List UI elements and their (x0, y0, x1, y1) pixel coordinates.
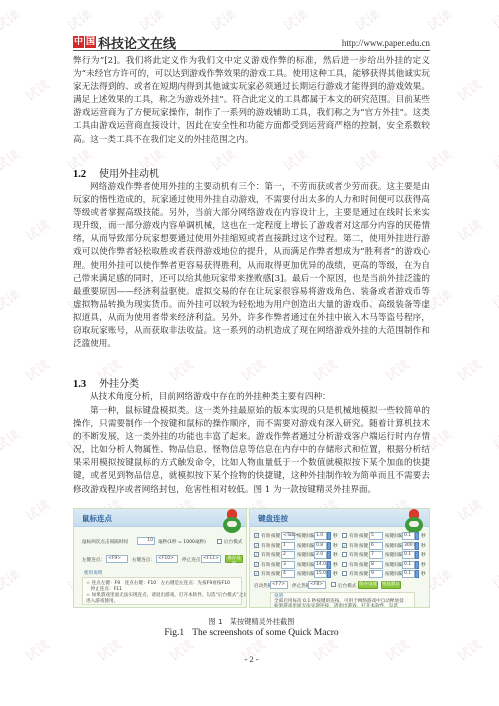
mouse-clicker-panel: 鼠标连点 鼠标两次点击间隔时间 10 毫秒(1秒 = 1000毫秒) 后台模式 … (73, 508, 247, 608)
interval-spinner[interactable] (327, 542, 331, 550)
enabled-label: 有效 (349, 562, 358, 568)
seconds-unit: 秒 (421, 571, 426, 577)
enabled-label: 有效 (261, 543, 270, 549)
interval-label: 按键间隔 (297, 552, 315, 558)
right-click-label: 右键连点： (132, 557, 155, 563)
key-enabled-checkbox[interactable]: ✓ (254, 533, 259, 538)
figure-caption-text: The screenshots of some Quick Macro (192, 628, 338, 638)
key-enabled-checkbox[interactable] (342, 533, 347, 538)
key-input[interactable]: 3 (281, 561, 295, 569)
seconds-unit: 秒 (333, 552, 338, 558)
logo-box-zhong: 中 (73, 36, 84, 48)
enabled-label: 有效 (349, 543, 358, 549)
watermark-text: 试读 (453, 74, 485, 104)
stop-click-hotkey-input[interactable]: <F11> (201, 555, 221, 563)
interval-label: 按键间隔 (385, 571, 403, 577)
interval-spinner[interactable] (415, 532, 419, 540)
help-line: 进入游戏使用。 (86, 598, 118, 604)
interval-input[interactable]: 14.0 (314, 561, 327, 569)
seconds-unit: 秒 (421, 562, 426, 568)
watermark-text: 试读 (489, 150, 499, 189)
watermark-text: 试读 (21, 634, 53, 664)
key-input[interactable]: 7 (369, 551, 383, 559)
left-click-label: 左键连点： (82, 557, 105, 563)
key-enabled-checkbox[interactable]: ✓ (254, 562, 259, 567)
watermark-text: 试读 (489, 290, 499, 329)
key-input[interactable]: 2 (281, 551, 295, 559)
watermark-text: 试读 (279, 4, 311, 34)
watermark-text: 试读 (453, 354, 485, 384)
interval-spinner[interactable] (327, 532, 331, 540)
key-label: 按键 (359, 533, 368, 539)
interval-spinner[interactable] (327, 561, 331, 569)
interval-input[interactable]: 300.0 (402, 542, 415, 550)
interval-spinner[interactable] (415, 551, 419, 559)
key-label: 按键 (271, 533, 280, 539)
watermark-text: 试读 (21, 354, 53, 384)
background-mode-label: 后台模式 (224, 539, 242, 545)
keyboard-repeater-panel: 键盘连按 ✓有效按键<Tab>按键间隔1.0秒有效按键5按键间隔0.1秒✓有效按… (249, 508, 430, 608)
paragraph-keyboard-mouse-simulation: 第一种，鼠标键盘模拟类。这一类外挂最原始的版本实现的只是机械地模拟一些较简单的操… (73, 405, 430, 497)
start-hotkey-input[interactable]: <F7> (270, 581, 288, 589)
interval-spinner[interactable] (415, 542, 419, 550)
seconds-unit: 秒 (421, 552, 426, 558)
enabled-label: 有效 (349, 533, 358, 539)
figure-caption-chinese: 图 1 某按键精灵外挂截图 (73, 617, 430, 627)
panel-title: 键盘连按 (258, 513, 288, 524)
watermark-text: 试读 (21, 214, 53, 244)
interval-input[interactable]: 15.0 (314, 570, 327, 578)
watermark-text: 试读 (489, 430, 499, 469)
stop-hotkey-input[interactable]: <F8> (308, 581, 326, 589)
figure-caption-english: Fig.1The screenshots of some Quick Macro (73, 628, 430, 638)
key-label: 按键 (359, 552, 368, 558)
background-mode-checkbox[interactable] (331, 582, 336, 587)
seconds-unit: 秒 (333, 562, 338, 568)
restore-defaults-button[interactable]: 恢复默认 (381, 581, 401, 589)
key-input[interactable]: 1 (281, 542, 295, 550)
page-number: - 2 - (73, 654, 430, 664)
watermark-text: 试读 (453, 634, 485, 664)
interval-unit: 毫秒(1秒 = 1000毫秒) (158, 539, 206, 545)
interval-label: 按键间隔 (297, 571, 315, 577)
key-label: 按键 (271, 552, 280, 558)
enabled-label: 有效 (349, 571, 358, 577)
key-enabled-checkbox[interactable] (342, 552, 347, 557)
help-line: 如果游戏里面无法实现连按，请退出游戏，打开本软件，勾选 (274, 603, 398, 608)
key-enabled-checkbox[interactable]: ✓ (254, 571, 259, 576)
interval-spinner[interactable] (327, 551, 331, 559)
key-label: 按键 (271, 571, 280, 577)
key-enabled-checkbox[interactable] (342, 571, 347, 576)
watermark-text: 试读 (0, 144, 23, 174)
key-enabled-checkbox[interactable]: ✓ (342, 543, 347, 548)
watermark-text: 试读 (0, 4, 23, 34)
background-mode-checkbox[interactable] (217, 539, 222, 544)
help-title: 使用说明 (84, 570, 102, 576)
enabled-label: 有效 (261, 562, 270, 568)
watermark-text: 试读 (453, 214, 485, 244)
interval-input[interactable]: 0.1 (402, 532, 415, 540)
interval-spinner[interactable] (415, 561, 419, 569)
watermark-text: 试读 (351, 4, 383, 34)
interval-input[interactable]: 0.1 (402, 561, 415, 569)
key-label: 按键 (359, 571, 368, 577)
figure-quick-macro: 鼠标连点 鼠标两次点击间隔时间 10 毫秒(1秒 = 1000毫秒) 后台模式 … (73, 508, 430, 612)
section-heading-1-2: 1.2使用外挂动机 (73, 165, 430, 180)
seconds-unit: 秒 (333, 571, 338, 577)
page-header: 中 国 科技论文在线 http://www.paper.edu.cn (73, 34, 430, 51)
key-enabled-checkbox[interactable]: ✓ (254, 552, 259, 557)
paragraph-classification-intro: 从技术角度分析，目前网络游戏中存在的外挂种类主要有四种： (73, 391, 430, 404)
interval-input[interactable]: 10 (137, 537, 155, 545)
seconds-unit: 秒 (333, 543, 338, 549)
paragraph-motives: 网络游戏作弊者使用外挂的主要动机有三个：第一，不劳而获或者少劳而获。这主要是由玩… (73, 181, 430, 351)
frog-mascot-icon (220, 509, 244, 535)
seconds-unit: 秒 (333, 533, 338, 539)
logo-text: 科技论文在线 (98, 33, 176, 52)
help-box: 说明 全部启用每次 0.1 秒按键的连按，可用于网络游戏中自动释放技 如果游戏里… (270, 592, 415, 608)
interval-spinner[interactable] (415, 570, 419, 578)
watermark-text: 试读 (489, 10, 499, 49)
watermark-text: 试读 (423, 4, 455, 34)
interval-spinner[interactable] (327, 570, 331, 578)
key-enabled-checkbox[interactable] (342, 562, 347, 567)
watermark-text: 试读 (489, 570, 499, 609)
panel-title: 鼠标连点 (82, 513, 112, 524)
interval-label: 按键间隔 (297, 562, 315, 568)
enabled-label: 有效 (349, 552, 358, 558)
interval-label: 鼠标两次点击间隔时间 (82, 539, 128, 545)
section-number: 1.3 (73, 379, 99, 390)
seconds-unit: 秒 (421, 543, 426, 549)
interval-label: 按键间隔 (385, 552, 403, 558)
logo-box-guo: 国 (85, 36, 96, 48)
seconds-unit: 秒 (421, 533, 426, 539)
watermark-text: 试读 (453, 494, 485, 524)
watermark-text: 试读 (21, 74, 53, 104)
watermark-text: 试读 (63, 4, 95, 34)
enabled-label: 有效 (261, 552, 270, 558)
enabled-label: 有效 (261, 571, 270, 577)
key-label: 按键 (359, 562, 368, 568)
key-input[interactable]: 5 (369, 532, 383, 540)
interval-label: 按键间隔 (385, 533, 403, 539)
section-title: 使用外挂动机 (99, 169, 159, 180)
figure-number: Fig.1 (164, 628, 184, 638)
section-title: 外挂分类 (99, 379, 139, 390)
watermark-text: 试读 (135, 4, 167, 34)
interval-input[interactable]: 0.1 (402, 551, 415, 559)
key-input[interactable]: <Tab> (281, 532, 295, 540)
left-click-hotkey-input[interactable]: <F9> (106, 555, 128, 563)
header-url[interactable]: http://www.paper.edu.cn (342, 38, 430, 48)
key-enabled-checkbox[interactable]: ✓ (254, 543, 259, 548)
key-input[interactable]: 9 (369, 570, 383, 578)
watermark-text: 试读 (0, 424, 23, 454)
background-mode-label: 后台模式 (338, 583, 356, 589)
key-label: 按键 (359, 543, 368, 549)
section-heading-1-3: 1.3外挂分类 (73, 375, 430, 390)
watermark-text: 试读 (0, 284, 23, 314)
interval-input[interactable]: 1.0 (314, 532, 327, 540)
key-input[interactable]: 6 (369, 542, 383, 550)
interval-label: 按键间隔 (385, 562, 403, 568)
watermark-text: 试读 (0, 564, 23, 594)
interval-label: 按键间隔 (297, 533, 315, 539)
key-input[interactable]: 8 (369, 561, 383, 569)
key-input[interactable]: 4 (281, 570, 295, 578)
site-logo: 中 国 科技论文在线 (73, 34, 176, 50)
enabled-label: 有效 (261, 533, 270, 539)
key-label: 按键 (271, 562, 280, 568)
section-number: 1.2 (73, 169, 99, 180)
save-settings-button[interactable]: 保存设置 (225, 555, 243, 563)
interval-label: 按键间隔 (297, 543, 315, 549)
right-click-hotkey-input[interactable]: <F10> (156, 555, 178, 563)
interval-input[interactable]: 2.0 (314, 551, 327, 559)
key-label: 按键 (271, 543, 280, 549)
watermark-text: 试读 (207, 4, 239, 34)
save-settings-button[interactable]: 保存设置 (358, 581, 378, 589)
interval-input[interactable]: 0.1 (402, 570, 415, 578)
watermark-text: 试读 (21, 494, 53, 524)
help-box: ☆ 连点左键：F9 连点右键：F10 左右键是左连点：先按F9再按F10 停止连… (82, 577, 242, 605)
interval-input[interactable]: 0.8 (314, 542, 327, 550)
interval-label: 按键间隔 (385, 543, 403, 549)
paragraph-definition: 弊行为”[2]。我们将此定义作为我们文中定义游戏作弊的标准，然后进一步给出外挂的… (73, 55, 430, 147)
